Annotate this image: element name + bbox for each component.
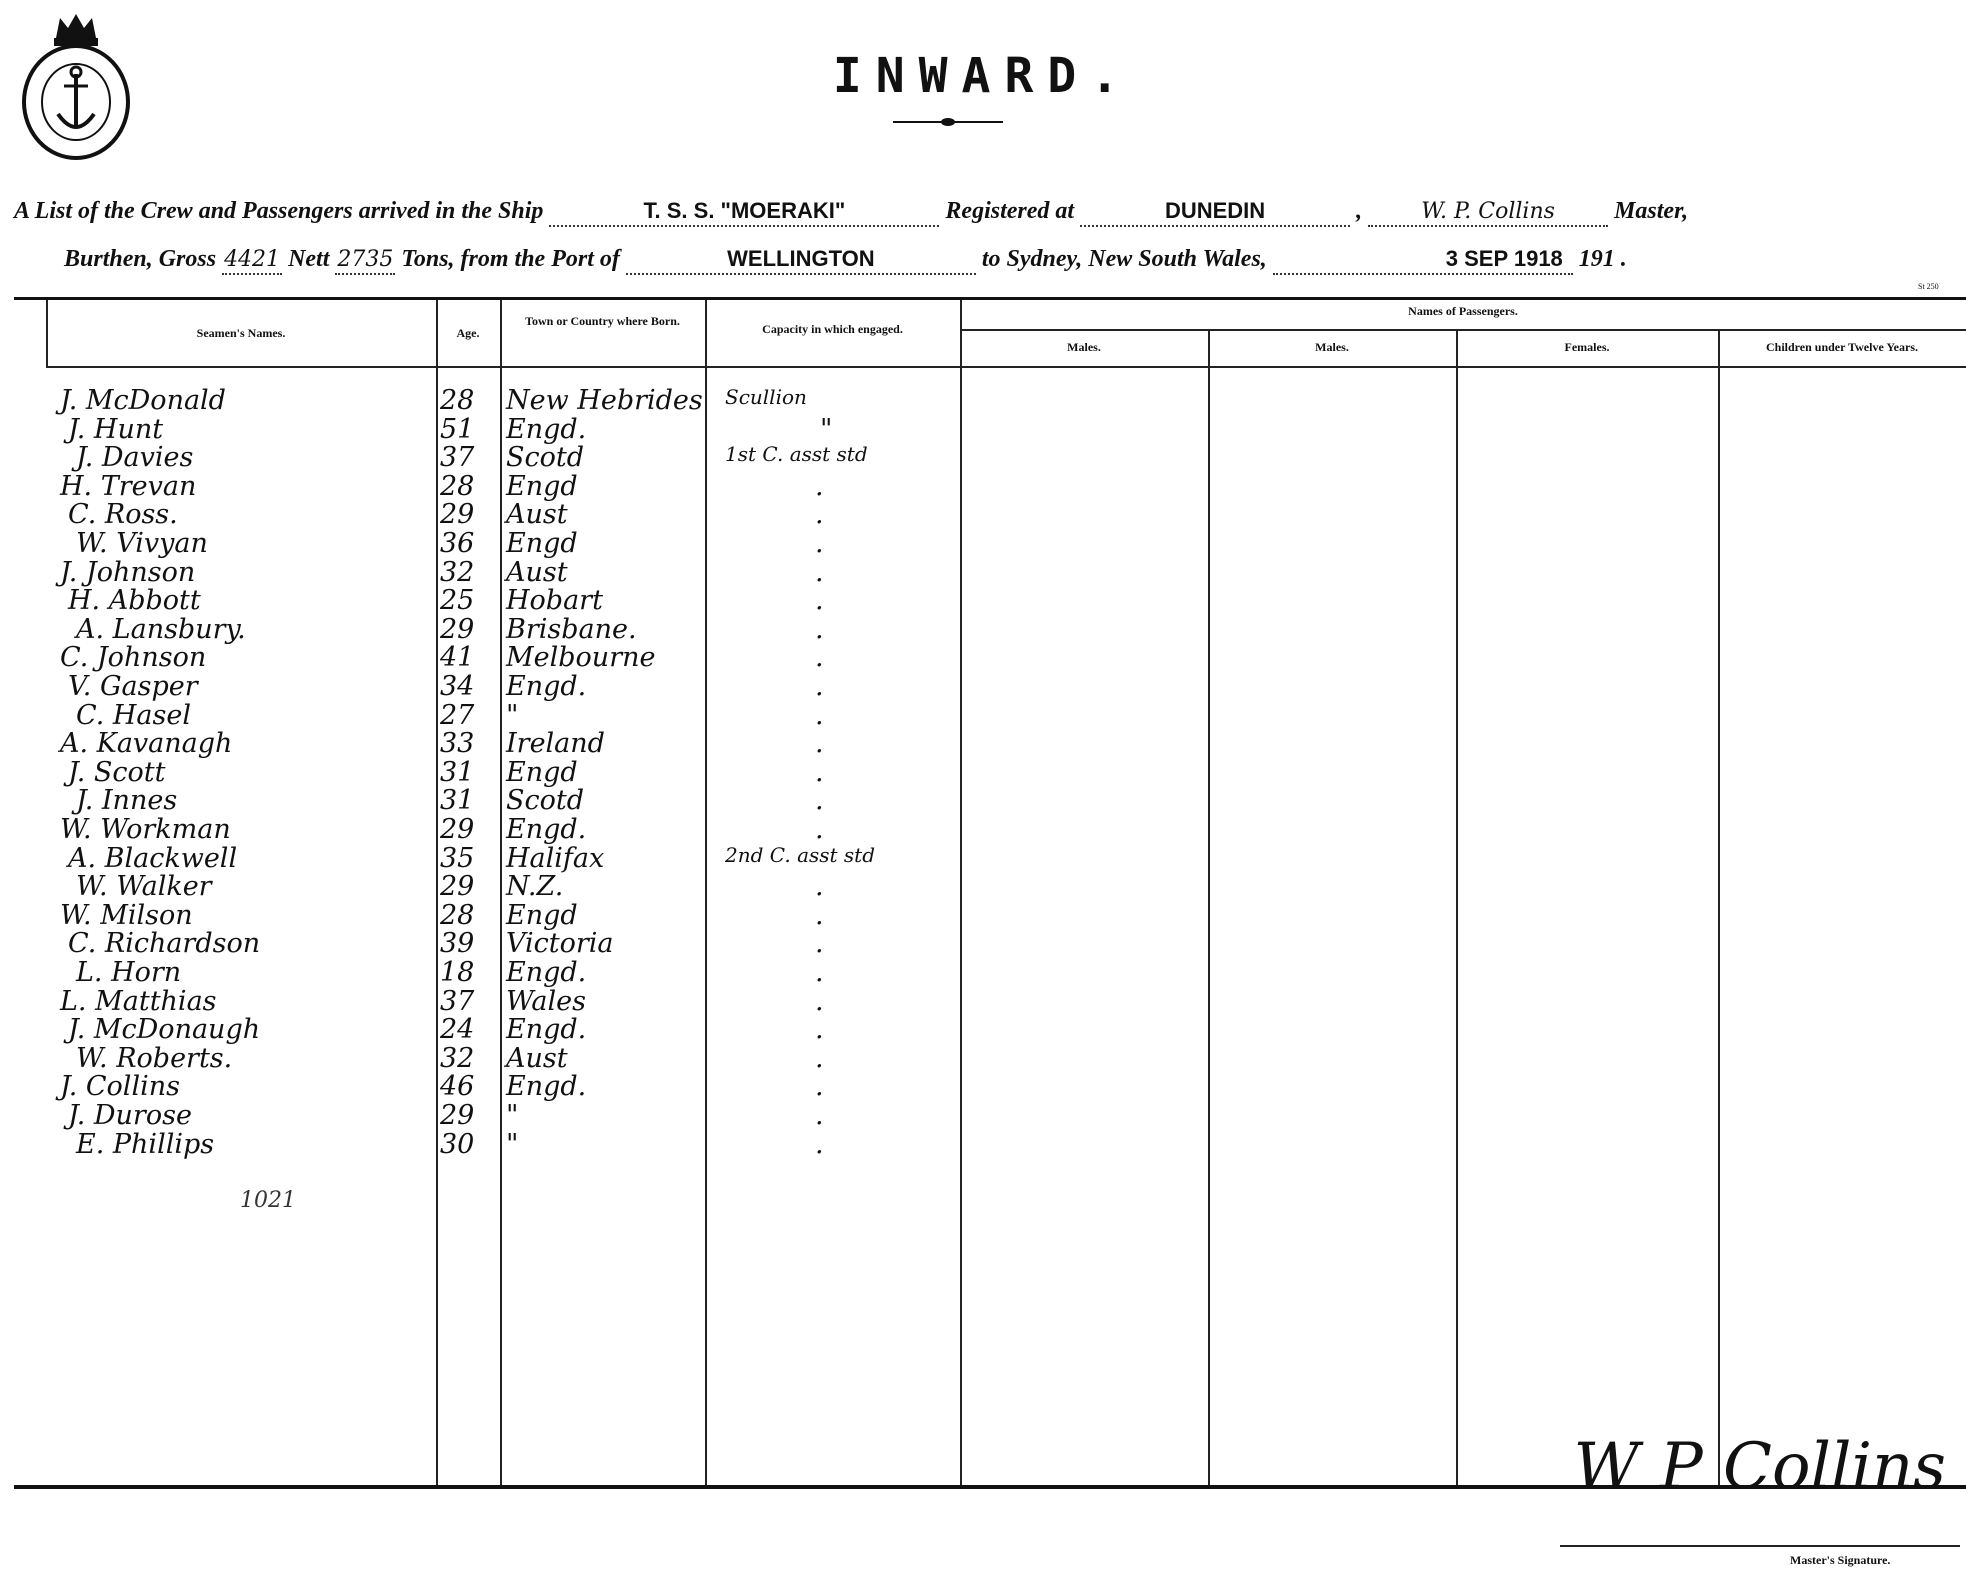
crew-birthplace: Engd [506,528,578,559]
year-suffix: 191 [1579,246,1615,272]
crew-birthplace: Aust [506,557,568,588]
burthen-label: Burthen, Gross [64,246,216,272]
crew-name: J. Durose [68,1100,192,1131]
table-row: J. Davies37Scotd1st C. asst std [0,442,960,468]
table-row: V. Gasper34Engd.. [0,671,960,697]
crew-capacity: . [815,871,824,902]
col-header-children: Children under Twelve Years. [1718,340,1966,355]
crew-birthplace: Engd. [506,414,586,445]
crew-capacity: 2nd C. asst std [725,843,875,867]
crew-birthplace: Victoria [506,928,614,959]
header-bottom-rule [46,366,1966,368]
crew-capacity: . [815,471,824,502]
crew-birthplace: Engd. [506,1071,586,1102]
crew-name: A. Kavanagh [60,728,232,759]
table-row: W. Roberts.32Aust. [0,1043,960,1069]
registered-label: Registered at [945,198,1074,224]
nett-label: Nett [288,246,329,272]
col-header-males-2: Males. [1208,340,1456,355]
table-row: J. Hunt51Engd." [0,414,960,440]
crew-capacity: . [815,671,824,702]
crew-name: W. Roberts. [76,1043,232,1074]
table-row: W. Workman29Engd.. [0,814,960,840]
crew-name: W. Workman [60,814,231,845]
crew-name: H. Abbott [68,585,201,616]
crew-age: 32 [440,557,474,588]
crew-birthplace: Scotd [506,442,584,473]
crew-birthplace: Aust [506,1043,568,1074]
registered-port: DUNEDIN [1165,198,1265,223]
crew-age: 29 [440,871,474,902]
crew-age: 29 [440,1100,474,1131]
crew-age: 32 [440,1043,474,1074]
crew-capacity: . [815,986,824,1017]
crew-age: 31 [440,757,474,788]
crew-birthplace: Engd. [506,671,586,702]
col-header-females: Females. [1456,340,1718,355]
crew-capacity: . [815,1071,824,1102]
form-number: St 250 [1918,282,1939,291]
crew-capacity: . [815,1014,824,1045]
crew-age: 35 [440,843,474,874]
crew-age: 29 [440,614,474,645]
crew-age: 24 [440,1014,474,1045]
crew-capacity: . [815,499,824,530]
col-header-males-1: Males. [960,340,1208,355]
crew-birthplace: Aust [506,499,568,530]
crew-name: J. Johnson [60,557,195,588]
ship-field: T. S. S. "MOERAKI" [549,198,939,227]
crew-name: J. Hunt [68,414,163,445]
table-row: H. Abbott25Hobart. [0,585,960,611]
crew-birthplace: " [506,1100,518,1131]
table-row: L. Matthias37Wales. [0,986,960,1012]
master-label: Master, [1614,198,1688,224]
table-row: W. Milson28Engd. [0,900,960,926]
table-row: J. Innes31Scotd. [0,785,960,811]
crew-name: C. Richardson [68,928,260,959]
crew-capacity: . [815,1100,824,1131]
crew-age: 27 [440,700,474,731]
crew-capacity: . [815,585,824,616]
crew-name: L. Horn [76,957,181,988]
crew-name: J. Scott [68,757,165,788]
crew-capacity: . [815,1043,824,1074]
destination-label: to Sydney, New South Wales, [982,246,1267,272]
crew-age: 36 [440,528,474,559]
table-row: C. Johnson41Melbourne. [0,642,960,668]
table-row: C. Richardson39Victoria. [0,928,960,954]
crew-capacity: . [815,814,824,845]
crew-age: 33 [440,728,474,759]
crew-age: 28 [440,385,474,416]
header-divider [960,329,1966,331]
column-divider [1718,330,1720,1485]
col-header-passengers: Names of Passengers. [960,304,1966,319]
crew-birthplace: " [506,700,518,731]
table-top-rule [14,297,1966,300]
header-line-1: A List of the Crew and Passengers arrive… [14,198,1688,227]
table-row: H. Trevan28Engd. [0,471,960,497]
crew-capacity: . [815,700,824,731]
col-header-names: Seamen's Names. [46,326,436,341]
table-row: E. Phillips30". [0,1129,960,1155]
crew-age: 37 [440,986,474,1017]
nett-tonnage: 2735 [337,247,393,272]
crew-age: 34 [440,671,474,702]
master-name: W. P. Collins [1421,199,1555,224]
table-row: J. McDonald28New HebridesScullion [0,385,960,411]
crew-capacity: . [815,528,824,559]
crew-name: E. Phillips [76,1129,214,1160]
crew-name: J. Collins [60,1071,180,1102]
crew-birthplace: Engd. [506,1014,586,1045]
crew-name: J. Davies [76,442,193,473]
crew-name: J. Innes [76,785,177,816]
table-row: W. Vivyan36Engd. [0,528,960,554]
column-divider [1208,330,1210,1485]
crew-name: C. Ross. [68,499,178,530]
crew-age: 28 [440,900,474,931]
table-row: C. Ross.29Aust. [0,499,960,525]
crew-name: J. McDonald [60,385,226,416]
crew-age: 29 [440,814,474,845]
crew-age: 30 [440,1129,474,1160]
crew-birthplace: Brisbane. [506,614,637,645]
crew-birthplace: Melbourne [506,642,655,673]
crew-birthplace: Engd [506,900,578,931]
crew-birthplace: Ireland [506,728,605,759]
crew-name: L. Matthias [60,986,217,1017]
crew-name: A. Blackwell [68,843,237,874]
from-port: WELLINGTON [727,246,874,271]
crew-name: C. Johnson [60,642,206,673]
table-row: J. Scott31Engd. [0,757,960,783]
crew-capacity: . [815,957,824,988]
margin-note: 1021 [240,1188,296,1213]
table-row: C. Hasel27". [0,700,960,726]
table-row: A. Kavanagh33Ireland. [0,728,960,754]
crew-age: 41 [440,642,474,673]
crew-capacity: . [815,900,824,931]
crew-capacity: . [815,785,824,816]
crew-birthplace: " [506,1129,518,1160]
crew-birthplace: Hobart [506,585,603,616]
col-header-age: Age. [436,326,500,341]
crew-birthplace: Engd [506,471,578,502]
crew-birthplace: Halifax [506,843,604,874]
table-row: J. Durose29". [0,1100,960,1126]
crew-capacity: . [815,1129,824,1160]
crew-capacity: . [815,557,824,588]
crew-name: W. Milson [60,900,193,931]
crew-age: 39 [440,928,474,959]
table-row: A. Lansbury.29Brisbane.. [0,614,960,640]
col-header-born: Town or Country where Born. [510,314,695,329]
table-row: J. McDonaugh24Engd.. [0,1014,960,1040]
document-title: INWARD. [0,48,1966,104]
crew-birthplace: Engd. [506,957,586,988]
table-row: J. Johnson32Aust. [0,557,960,583]
table-row: W. Walker29N.Z.. [0,871,960,897]
header-line-2: Burthen, Gross 4421 Nett 2735 Tons, from… [64,246,1627,275]
crew-birthplace: Engd. [506,814,586,845]
table-row: A. Blackwell35Halifax2nd C. asst std [0,843,960,869]
column-divider [960,300,962,1485]
table-row: L. Horn18Engd.. [0,957,960,983]
tons-label: Tons, from the Port of [401,246,619,272]
crew-birthplace: New Hebrides [506,385,703,416]
crew-birthplace: Scotd [506,785,584,816]
crew-birthplace: Engd [506,757,578,788]
signature-label: Master's Signature. [1790,1553,1890,1568]
crew-capacity: 1st C. asst std [725,442,868,466]
crew-birthplace: Wales [506,986,586,1017]
crew-age: 29 [440,499,474,530]
ship-name: T. S. S. "MOERAKI" [644,198,846,223]
crew-capacity: " [820,414,832,445]
crew-age: 46 [440,1071,474,1102]
crew-age: 31 [440,785,474,816]
crew-birthplace: N.Z. [506,871,563,902]
crew-capacity: . [815,614,824,645]
crew-capacity: Scullion [725,385,807,409]
crew-name: V. Gasper [68,671,198,702]
crew-name: J. McDonaugh [68,1014,260,1045]
crew-name: H. Trevan [60,471,196,502]
crew-capacity: . [815,928,824,959]
crew-name: A. Lansbury. [76,614,246,645]
master-field: W. P. Collins [1368,198,1608,227]
master-signature: W P Collins [1574,1430,1947,1504]
crew-age: 18 [440,957,474,988]
crew-age: 28 [440,471,474,502]
registered-field: DUNEDIN [1080,198,1350,227]
crew-capacity: . [815,757,824,788]
col-header-capacity: Capacity in which engaged. [705,322,960,337]
crew-age: 25 [440,585,474,616]
crew-name: W. Vivyan [76,528,208,559]
list-label: A List of the Crew and Passengers arrive… [14,198,543,224]
gross-tonnage: 4421 [224,247,280,272]
column-divider [1456,330,1458,1485]
crew-name: C. Hasel [76,700,191,731]
crew-age: 51 [440,414,474,445]
crew-age: 37 [440,442,474,473]
crew-capacity: . [815,642,824,673]
table-row: J. Collins46Engd.. [0,1071,960,1097]
crew-name: W. Walker [76,871,212,902]
crew-capacity: . [815,728,824,759]
arrival-date-stamp: 3 SEP 1918 [1446,246,1563,271]
signature-line [1560,1545,1960,1547]
title-flourish-divider [893,114,1003,124]
